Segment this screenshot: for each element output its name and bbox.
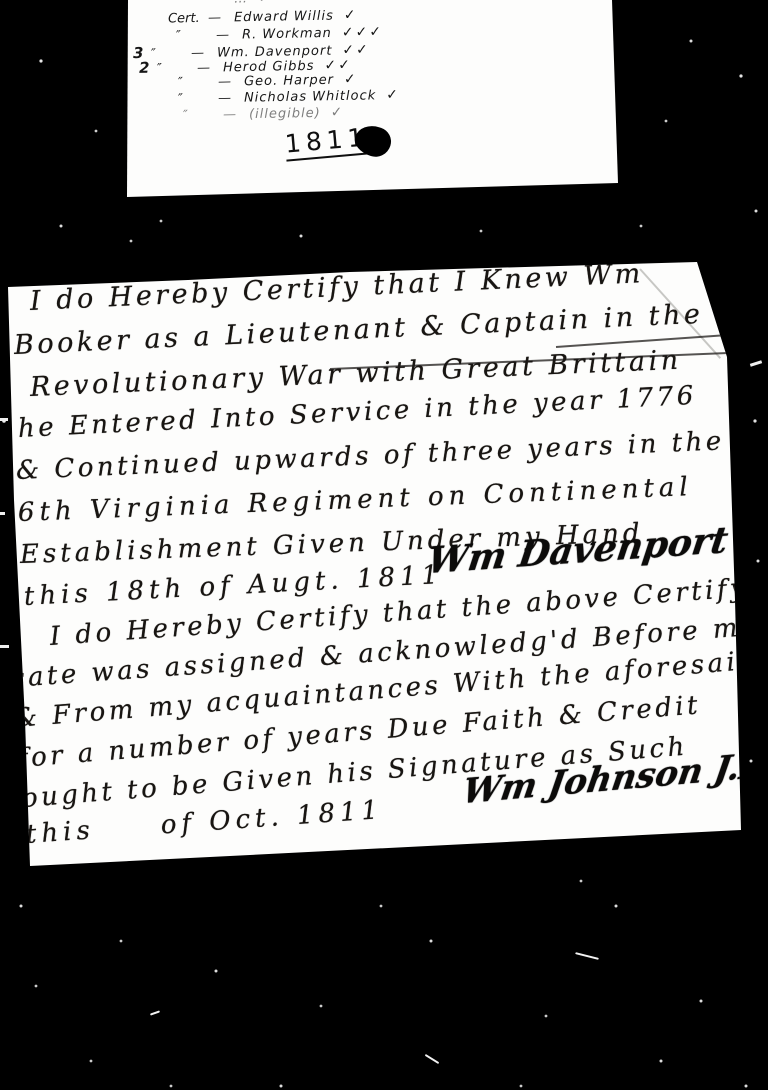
row-label: ″ bbox=[183, 108, 223, 124]
row-name: Geo. Harper bbox=[244, 73, 334, 90]
row-label: ″ bbox=[178, 75, 218, 91]
film-speck-noise bbox=[0, 0, 2, 2]
film-scratch bbox=[425, 1054, 440, 1064]
row-name: Nicholas Whitlock bbox=[244, 88, 376, 105]
row-dash: — bbox=[223, 107, 249, 122]
row-label bbox=[168, 3, 208, 4]
film-edge-tick bbox=[750, 360, 762, 367]
register-row: — … ✓ bbox=[150, 0, 272, 8]
row-dash: — bbox=[218, 74, 244, 89]
row-dash: — bbox=[208, 10, 234, 25]
row-checkmarks: ✓ bbox=[386, 87, 400, 103]
row-checkmarks: ✓✓✓ bbox=[342, 24, 383, 41]
row-label: ″ bbox=[176, 28, 216, 44]
row-dash: — bbox=[208, 0, 234, 7]
register-row: ″ — Nicholas Whitlock ✓ bbox=[160, 87, 400, 107]
row-dash: — bbox=[218, 91, 244, 106]
row-name: … bbox=[234, 0, 248, 7]
row-name: Edward Willis bbox=[234, 9, 334, 26]
row-dash: — bbox=[216, 27, 242, 42]
row-checkmarks: ✓ bbox=[258, 0, 272, 6]
register-row: ″ — (illegible) ✓ bbox=[165, 104, 345, 123]
register-slip-paper: — … ✓ Cert. — Edward Willis ✓ ″ — R. Wor… bbox=[125, 0, 620, 198]
register-row: Cert. — Edward Willis ✓ bbox=[150, 7, 358, 27]
row-name: (illegible) bbox=[249, 106, 321, 122]
film-edge-tick bbox=[0, 418, 8, 421]
row-number: 2 bbox=[139, 59, 157, 77]
film-edge-tick bbox=[0, 512, 5, 515]
film-edge-tick bbox=[0, 645, 9, 648]
row-label: ″ bbox=[178, 91, 218, 107]
film-scratch bbox=[575, 952, 599, 960]
row-checkmarks: ✓ bbox=[344, 7, 358, 23]
row-label: Cert. bbox=[168, 11, 208, 27]
film-scratch bbox=[150, 1010, 160, 1015]
certificate-paper: I do Hereby Certify that I Knew Wm Booke… bbox=[8, 262, 744, 868]
row-checkmarks: ✓ bbox=[344, 71, 358, 87]
row-checkmarks: ✓ bbox=[331, 104, 345, 120]
